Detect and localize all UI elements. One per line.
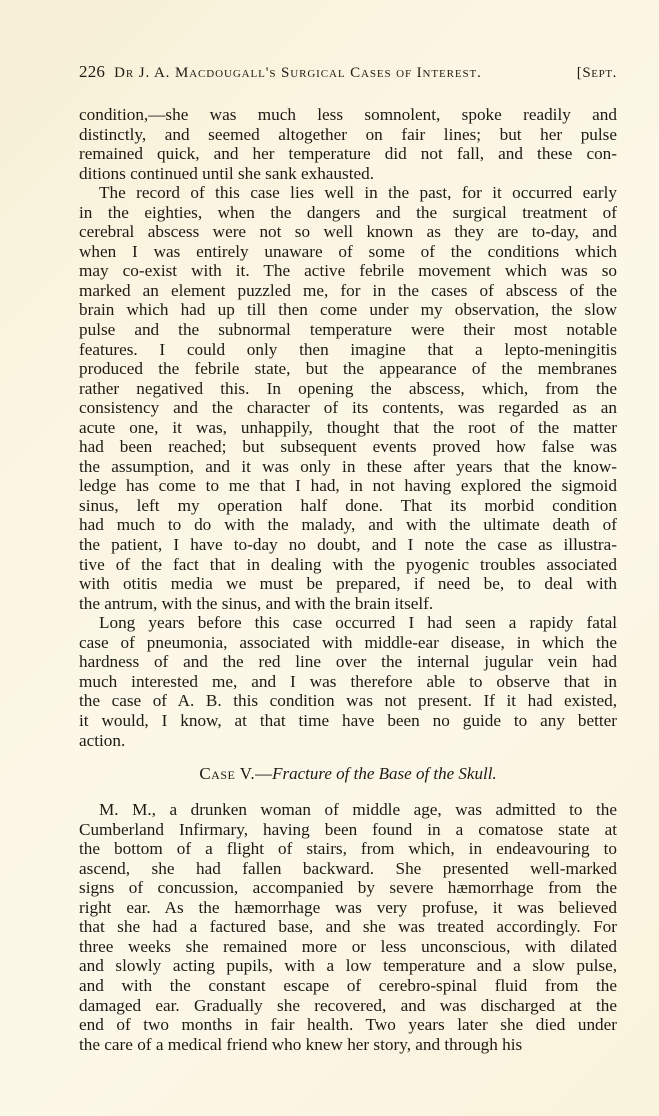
text-line: and with the constant escape of cerebro-… bbox=[79, 976, 617, 996]
text-line: acute one, it was, unhappily, thought th… bbox=[79, 418, 617, 438]
text-line: much interested me, and I was therefore … bbox=[79, 672, 617, 692]
text-line: M. M., a drunken woman of middle age, wa… bbox=[79, 800, 617, 820]
text-line: ledge has come to me that I had, in not … bbox=[79, 476, 617, 496]
paragraph-group: condition,—she was much less somnolent, … bbox=[79, 105, 617, 750]
text-line: the assumption, and it was only in these… bbox=[79, 457, 617, 477]
case-dash: — bbox=[255, 764, 272, 783]
text-line: with otitis media we must be prepared, i… bbox=[79, 574, 617, 594]
paragraph: The record of this case lies well in the… bbox=[79, 183, 617, 613]
case-label: Case V. bbox=[199, 764, 255, 783]
text-line: rather negatived this. In opening the ab… bbox=[79, 379, 617, 399]
text-line: the case of A. B. this condition was not… bbox=[79, 691, 617, 711]
paragraph: condition,—she was much less somnolent, … bbox=[79, 105, 617, 183]
text-line: it would, I know, at that time have been… bbox=[79, 711, 617, 731]
text-line: marked an element puzzled me, for in the… bbox=[79, 281, 617, 301]
case-subtitle: Fracture of the Base of the Skull. bbox=[272, 764, 497, 783]
text-line: and slowly acting pupils, with a low tem… bbox=[79, 956, 617, 976]
text-line: the care of a medical friend who knew he… bbox=[79, 1035, 617, 1055]
text-line: the patient, I have to-day no doubt, and… bbox=[79, 535, 617, 555]
text-line: cerebral abscess were not so well known … bbox=[79, 222, 617, 242]
text-line: when I was entirely unaware of some of t… bbox=[79, 242, 617, 262]
text-line: sinus, left my operation half done. That… bbox=[79, 496, 617, 516]
text-line: distinctly, and seemed altogether on fai… bbox=[79, 125, 617, 145]
page-number: 226 bbox=[79, 62, 105, 82]
book-page: 226 Dr J. A. Macdougall's Surgical Cases… bbox=[79, 62, 617, 1054]
text-line: damaged ear. Gradually she recovered, an… bbox=[79, 996, 617, 1016]
text-line: had much to do with the malady, and with… bbox=[79, 515, 617, 535]
text-line: that she had a factured base, and she wa… bbox=[79, 917, 617, 937]
case-heading: Case V.—Fracture of the Base of the Skul… bbox=[79, 764, 617, 788]
text-line: end of two months in fair health. Two ye… bbox=[79, 1015, 617, 1035]
text-line: Long years before this case occurred I h… bbox=[79, 613, 617, 633]
body-text: condition,—she was much less somnolent, … bbox=[79, 105, 617, 1054]
text-line: signs of concussion, accompanied by seve… bbox=[79, 878, 617, 898]
text-line: action. bbox=[79, 731, 617, 751]
text-line: three weeks she remained more or less un… bbox=[79, 937, 617, 957]
running-month: [Sept. bbox=[577, 65, 617, 82]
text-line: tive of the fact that in dealing with th… bbox=[79, 555, 617, 575]
text-line: brain which had up till then come under … bbox=[79, 300, 617, 320]
running-head: 226 Dr J. A. Macdougall's Surgical Cases… bbox=[79, 62, 617, 86]
running-title: Dr J. A. Macdougall's Surgical Cases of … bbox=[114, 65, 577, 82]
text-line: the antrum, with the sinus, and with the… bbox=[79, 594, 617, 614]
text-line: condition,—she was much less somnolent, … bbox=[79, 105, 617, 125]
text-line: in the eighties, when the dangers and th… bbox=[79, 203, 617, 223]
text-line: hardness of and the red line over the in… bbox=[79, 652, 617, 672]
case-paragraph-group: M. M., a drunken woman of middle age, wa… bbox=[79, 800, 617, 1054]
text-line: produced the febrile state, but the appe… bbox=[79, 359, 617, 379]
text-line: pulse and the subnormal temperature were… bbox=[79, 320, 617, 340]
text-line: ditions continued until she sank exhaust… bbox=[79, 164, 617, 184]
text-line: right ear. As the hæmorrhage was very pr… bbox=[79, 898, 617, 918]
text-line: the bottom of a flight of stairs, from w… bbox=[79, 839, 617, 859]
text-line: Cumberland Infirmary, having been found … bbox=[79, 820, 617, 840]
paragraph: M. M., a drunken woman of middle age, wa… bbox=[79, 800, 617, 1054]
text-line: The record of this case lies well in the… bbox=[79, 183, 617, 203]
text-line: consistency and the character of its con… bbox=[79, 398, 617, 418]
paragraph: Long years before this case occurred I h… bbox=[79, 613, 617, 750]
text-line: case of pneumonia, associated with middl… bbox=[79, 633, 617, 653]
text-line: remained quick, and her temperature did … bbox=[79, 144, 617, 164]
text-line: may co-exist with it. The active febrile… bbox=[79, 261, 617, 281]
text-line: ascend, she had fallen backward. She pre… bbox=[79, 859, 617, 879]
text-line: had been reached; but subsequent events … bbox=[79, 437, 617, 457]
text-line: features. I could only then imagine that… bbox=[79, 340, 617, 360]
